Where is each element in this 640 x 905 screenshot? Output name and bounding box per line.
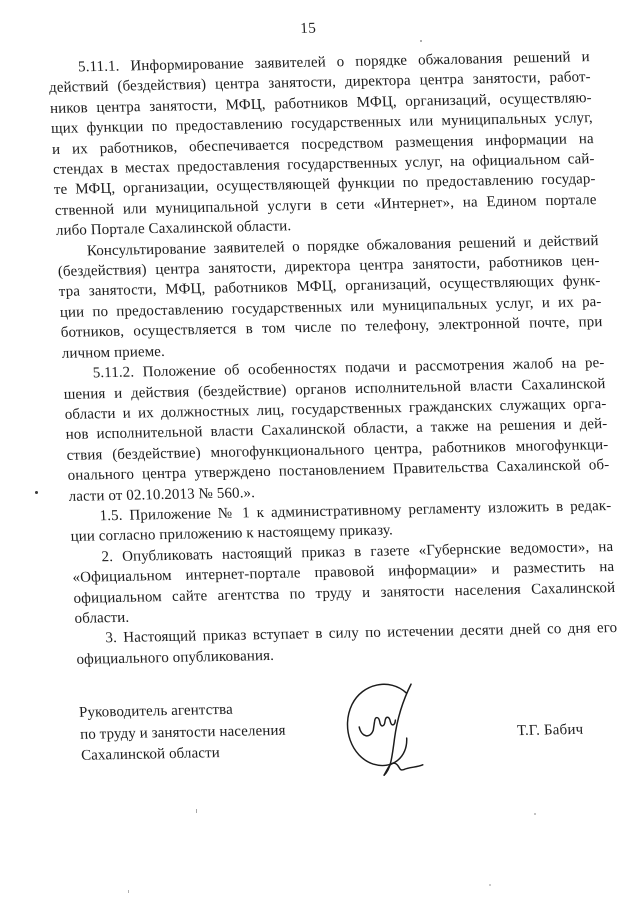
document-body: 5.11.1. Информирование заявителей о поря… [48, 47, 619, 670]
handwritten-signature-icon [335, 677, 428, 779]
signature-position-line: Сахалинской области [81, 742, 287, 768]
scan-speck [489, 884, 491, 886]
paragraph: Консультирование заявителей о порядке об… [56, 231, 603, 364]
scan-speck [534, 813, 536, 815]
paragraph: 5.11.2. Положение об особенностях подачи… [62, 353, 610, 507]
page-content: 15 5.11.1. Информирование заявителей о п… [46, 13, 626, 820]
scan-speck [420, 40, 422, 42]
page-number: 15 [46, 13, 589, 44]
scan-speck [35, 491, 38, 494]
signature-position-line: по труду и занятости населения [80, 720, 286, 746]
signature-position: Руководитель агентствапо труду и занятос… [79, 699, 287, 768]
signature-row: Руководитель агентствапо труду и занятос… [77, 659, 626, 820]
paragraph: 2. Опубликовать настоящий приказ в газет… [71, 537, 617, 629]
scan-speck [196, 809, 197, 813]
document-page: 15 5.11.1. Информирование заявителей о п… [0, 0, 640, 905]
paragraph: 5.11.1. Информирование заявителей о поря… [48, 47, 598, 241]
scan-speck [128, 890, 129, 893]
signatory-name: Т.Г. Бабич [517, 722, 584, 740]
